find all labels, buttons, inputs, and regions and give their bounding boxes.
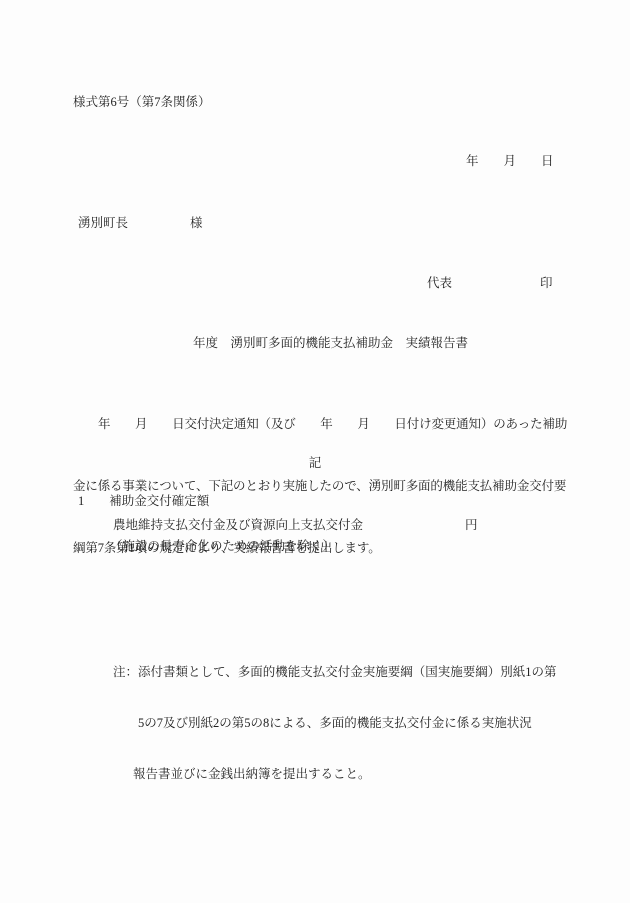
note-line-3: 報告書並びに金銭出納簿を提出すること。 [113,764,558,785]
section1-exclusion: （施設の長寿命化のための活動を除く） [110,538,335,555]
form-number: 様式第6号（第7条関係） [73,94,211,111]
addressee-name: 湧別町長 [78,215,128,232]
body-paragraph: 年 月 日交付決定通知（及び 年 月 日付け変更通知）のあった補助 金に係る事業… [73,373,561,600]
date-line: 年 月 日 [466,153,554,170]
document-page: 様式第6号（第7条関係） 年 月 日 湧別町長 様 代表 印 年度 湧別町多面的… [0,0,630,903]
record-marker: 記 [0,455,630,472]
addressee-honorific: 様 [190,215,203,232]
representative-label: 代表 [427,275,452,292]
note-line-2: 5の7及び別紙2の第5の8による、多面的機能支払交付金に係る実施状況 [113,713,558,734]
seal-placeholder: 印 [540,275,553,292]
body-line-1: 年 月 日交付決定通知（及び 年 月 日付け変更通知）のあった補助 [73,414,561,435]
section1-heading: 1 補助金交付確定額 [78,493,209,510]
section1-grant-item: 農地維持支払交付金及び資源向上支払交付金 [113,517,363,534]
note-line-1: 注：添付書類として、多面的機能支払交付金実施要綱（国実施要綱）別紙1の第 [113,662,558,683]
section1-unit: 円 [465,517,478,534]
note-block: 注：添付書類として、多面的機能支払交付金実施要綱（国実施要綱）別紙1の第 5の7… [113,632,558,815]
document-title: 年度 湧別町多面的機能支払補助金 実績報告書 [193,335,468,352]
